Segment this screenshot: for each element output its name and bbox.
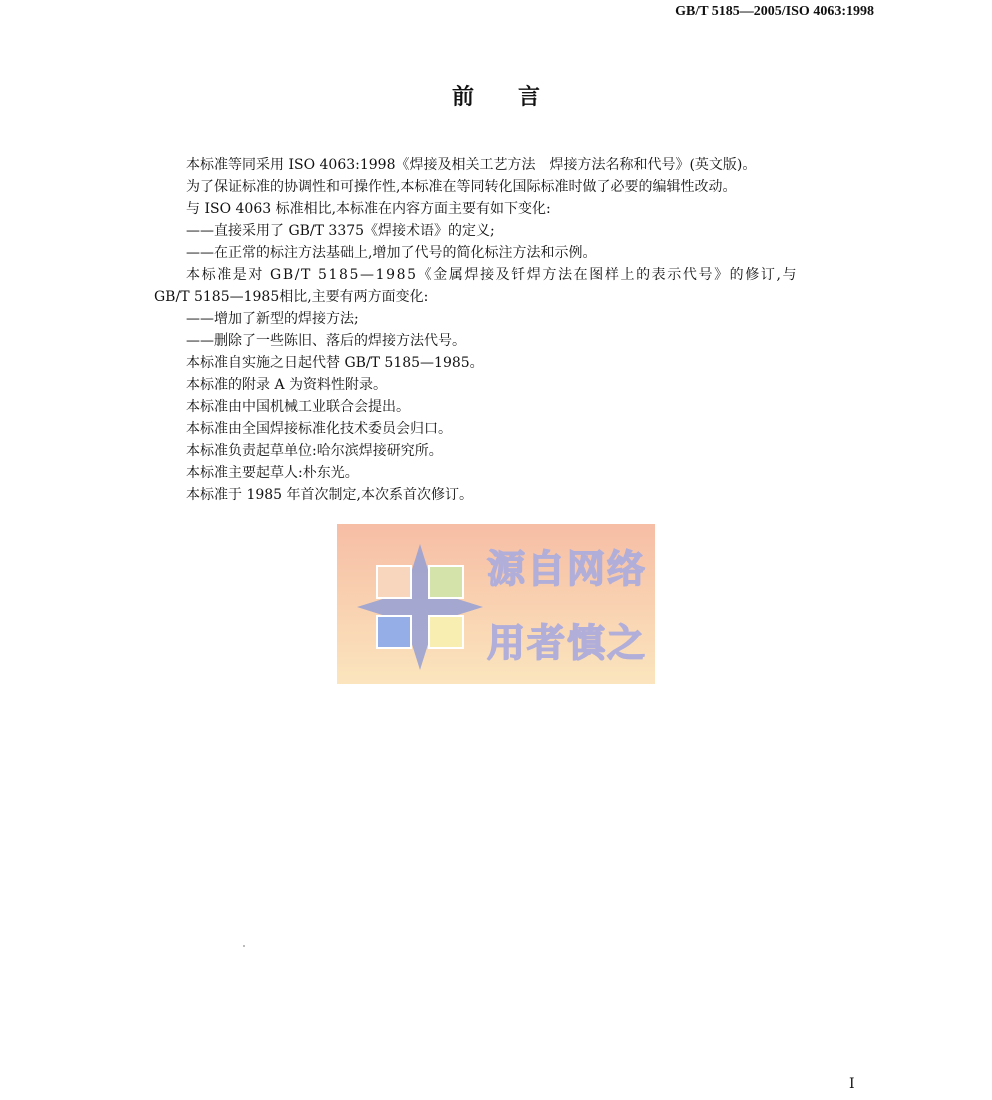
title-char-1: 前 xyxy=(452,80,474,111)
page-title: 前言 xyxy=(0,80,992,111)
paragraph: 本标准是对 GB/T 5185—1985《金属焊接及钎焊方法在图样上的表示代号》… xyxy=(154,264,870,286)
foreword-body: 本标准等同采用 ISO 4063:1998《焊接及相关工艺方法 焊接方法名称和代… xyxy=(154,154,870,506)
title-char-2: 言 xyxy=(518,80,540,111)
paragraph-continuation: GB/T 5185—1985相比,主要有两方面变化: xyxy=(154,286,870,308)
watermark-line-1: 源自网络 xyxy=(487,538,647,593)
standard-code-header: GB/T 5185—2005/ISO 4063:1998 xyxy=(675,4,874,20)
watermark-line-2: 用者慎之 xyxy=(487,612,647,667)
paragraph: 本标准等同采用 ISO 4063:1998《焊接及相关工艺方法 焊接方法名称和代… xyxy=(154,154,870,176)
paragraph: 本标准于 1985 年首次制定,本次系首次修订。 xyxy=(154,484,870,506)
paragraph: 本标准自实施之日起代替 GB/T 5185—1985。 xyxy=(154,352,870,374)
star-logo-icon xyxy=(355,542,485,672)
page-number: I xyxy=(849,1076,855,1092)
paragraph: 本标准由中国机械工业联合会提出。 xyxy=(154,396,870,418)
list-item: ——删除了一些陈旧、落后的焊接方法代号。 xyxy=(154,330,870,352)
list-item: ——直接采用了 GB/T 3375《焊接术语》的定义; xyxy=(154,220,870,242)
paragraph: 本标准负责起草单位:哈尔滨焊接研究所。 xyxy=(154,440,870,462)
paragraph: 为了保证标准的协调性和可操作性,本标准在等同转化国际标准时做了必要的编辑性改动。 xyxy=(154,176,870,198)
paragraph: 本标准的附录 A 为资料性附录。 xyxy=(154,374,870,396)
paragraph: 本标准主要起草人:朴东光。 xyxy=(154,462,870,484)
watermark-stamp: 源自网络 用者慎之 xyxy=(337,524,655,684)
list-item: ——在正常的标注方法基础上,增加了代号的简化标注方法和示例。 xyxy=(154,242,870,264)
list-item: ——增加了新型的焊接方法; xyxy=(154,308,870,330)
paragraph: 本标准由全国焊接标准化技术委员会归口。 xyxy=(154,418,870,440)
paragraph: 与 ISO 4063 标准相比,本标准在内容方面主要有如下变化: xyxy=(154,198,870,220)
scan-speck xyxy=(243,945,245,947)
